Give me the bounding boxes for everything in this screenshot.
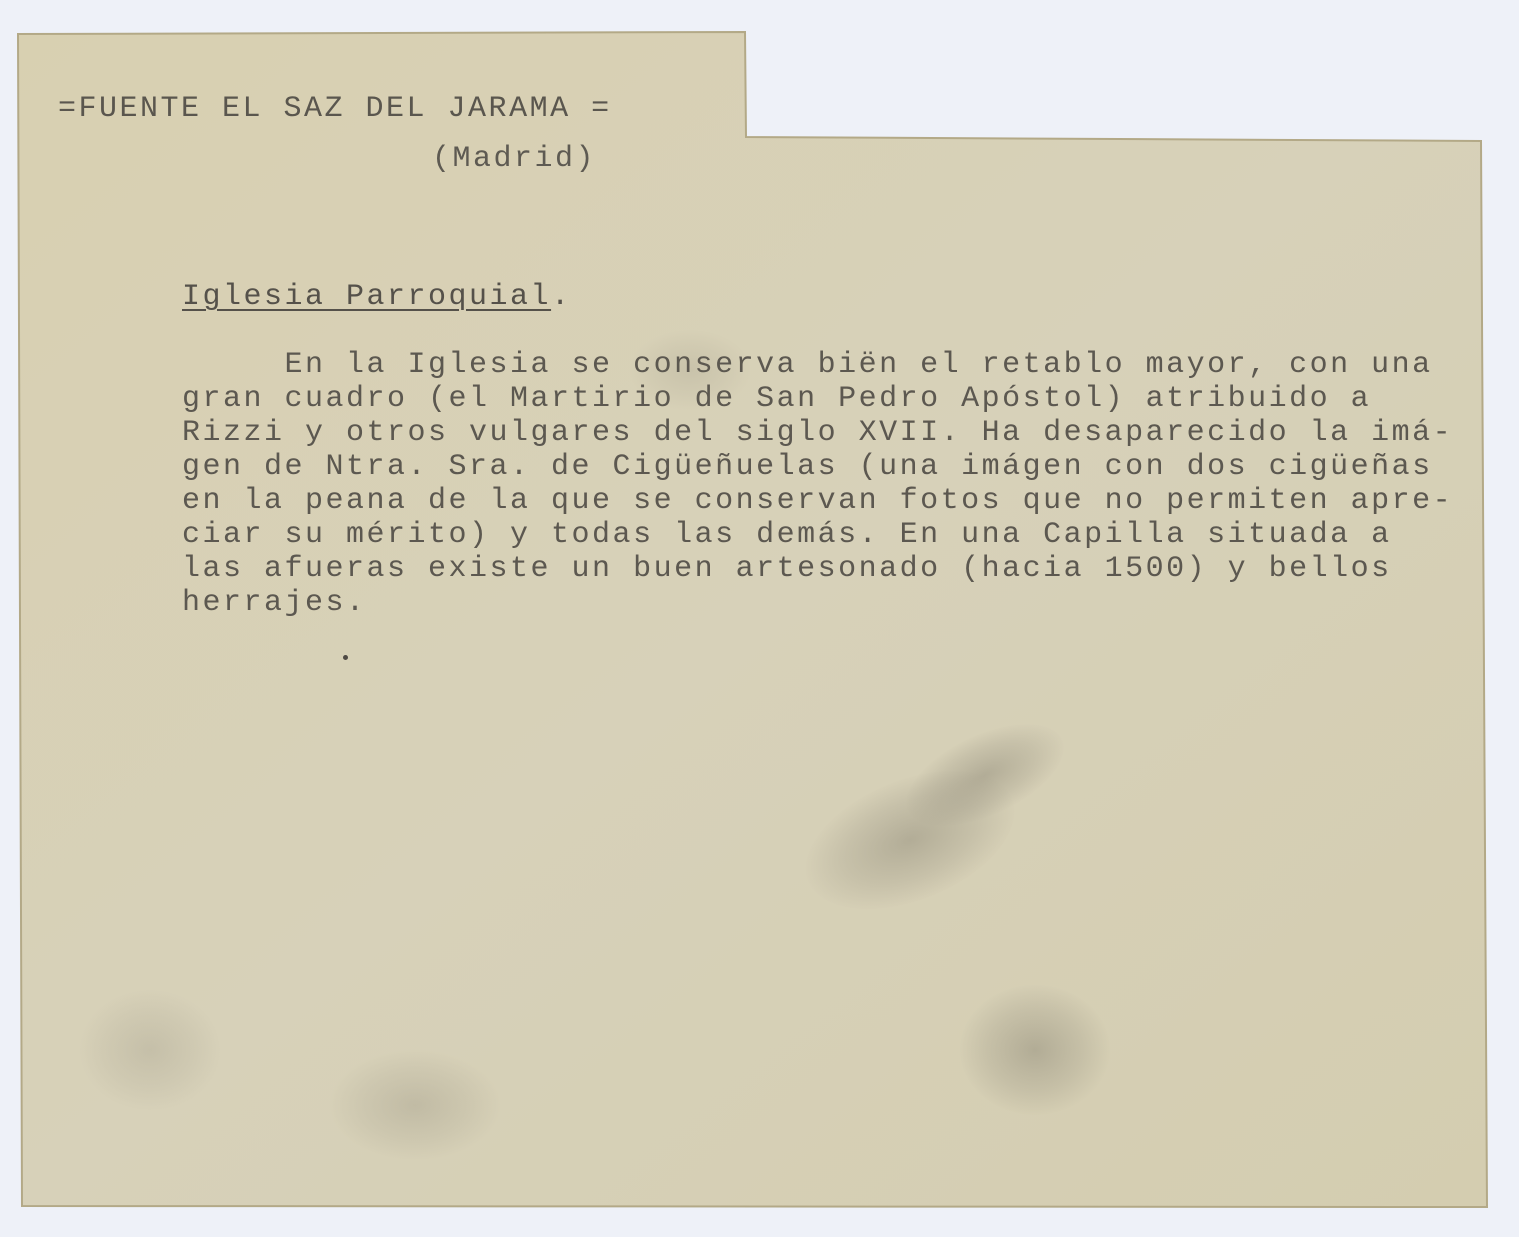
body-line: gran cuadro (el Martirio de San Pedro Ap… [182, 382, 1453, 416]
section-heading-period: . [551, 280, 572, 314]
body-line: en la peana de la que se conservan fotos… [182, 484, 1453, 518]
body-line: gen de Ntra. Sra. de Cigüeñuelas (una im… [182, 450, 1453, 484]
ink-dot [343, 655, 348, 660]
card-subtitle: (Madrid) [432, 142, 596, 176]
card-title: =FUENTE EL SAZ DEL JARAMA = [58, 92, 612, 126]
body-line: las afueras existe un buen artesonado (h… [182, 552, 1453, 586]
section-heading-text: Iglesia Parroquial [182, 280, 551, 314]
body-line: En la Iglesia se conserva biën el retabl… [182, 348, 1453, 382]
section-heading: Iglesia Parroquial. [182, 280, 572, 314]
body-line: ciar su mérito) y todas las demás. En un… [182, 518, 1453, 552]
body-line: Rizzi y otros vulgares del siglo XVII. H… [182, 416, 1453, 450]
body-line: herrajes. [182, 586, 1453, 620]
body-text: En la Iglesia se conserva biën el retabl… [182, 348, 1453, 620]
index-card: =FUENTE EL SAZ DEL JARAMA = (Madrid) Igl… [0, 0, 1519, 1237]
